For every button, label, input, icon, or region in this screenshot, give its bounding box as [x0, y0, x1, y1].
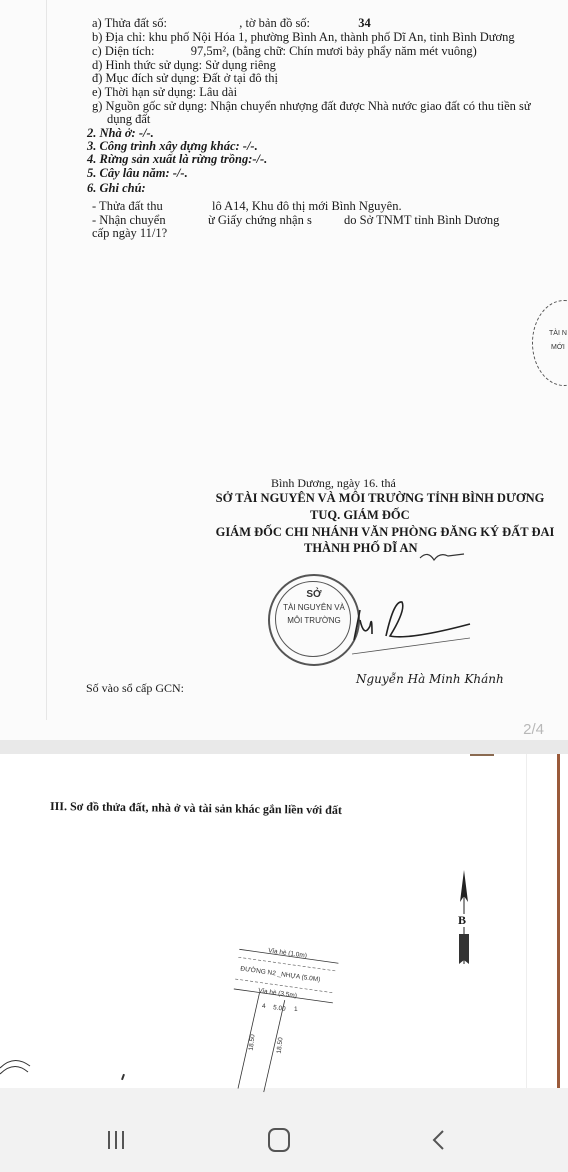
- tuq-director: TUQ. GIÁM ĐỐC: [310, 509, 410, 522]
- note-1-b: lô A14, Khu đô thị mới Bình Nguyên.: [212, 200, 402, 213]
- issuing-org: SỞ TÀI NGUYÊN VÀ MÔI TRƯỜNG TỈNH BÌNH DƯ…: [202, 492, 558, 505]
- recent-apps-icon: [105, 1129, 127, 1151]
- page-edge-mark: [470, 754, 494, 756]
- page-separator: [0, 740, 568, 754]
- official-stamp: SỞ TÀI NGUYÊN VÀ MÔI TRƯỜNG: [268, 574, 360, 666]
- recent-apps-button[interactable]: [86, 1120, 146, 1160]
- corner-right-label: 1: [294, 1006, 298, 1013]
- signer-title: GIÁM ĐỐC CHI NHÁNH VĂN PHÒNG ĐĂNG KÝ ĐẤT…: [212, 526, 558, 539]
- north-label: B: [458, 914, 466, 927]
- note-2-b: ừ Giấy chứng nhận s: [208, 214, 312, 227]
- signature-flourish-icon: [418, 548, 468, 564]
- note-1-a: - Thửa đất thu: [92, 200, 163, 213]
- section-perennial-trees: 5. Cây lâu năm: -/-.: [87, 167, 188, 180]
- signer-city: THÀNH PHỐ DĨ AN: [304, 542, 418, 555]
- place-date: Bình Dương, ngày 16. thá: [271, 477, 396, 490]
- land-use-purpose: đ) Mục đích sử dụng: Đất ở tại đô thị: [92, 72, 278, 85]
- land-area: c) Diện tích: 97,5m², (bằng chữ: Chín mư…: [92, 45, 477, 58]
- land-origin-continued: dụng đất: [107, 113, 150, 126]
- document-page-2: a) Thửa đất số: , tờ bản đồ số: 34 b) Đị…: [0, 0, 568, 740]
- document-page-3: III. Sơ đồ thửa đất, nhà ở và tài sản kh…: [0, 754, 568, 1088]
- side-stamp: TÀI N MỚI: [532, 300, 568, 386]
- land-use-term: e) Thời hạn sử dụng: Lâu dài: [92, 86, 237, 99]
- system-navigation-bar: [0, 1102, 568, 1172]
- side-stamp-text-1: TÀI N: [549, 329, 567, 339]
- page-guide-line: [526, 754, 527, 1088]
- land-parcel-number: a) Thửa đất số: , tờ bản đồ số: 34: [92, 17, 371, 30]
- home-icon: [266, 1127, 292, 1153]
- signature-icon: [350, 590, 480, 670]
- section-notes: 6. Ghi chú:: [87, 182, 146, 195]
- stamp-text-1: SỞ: [270, 590, 358, 600]
- home-button[interactable]: [249, 1120, 309, 1160]
- back-button[interactable]: [409, 1120, 469, 1160]
- corner-stamp-fragment-icon: [0, 1044, 40, 1088]
- page-edge-line: [557, 754, 560, 1088]
- side-stamp-text-2: MỚI: [551, 343, 565, 353]
- note-2-c: do Sở TNMT tỉnh Bình Dương: [344, 214, 499, 227]
- stamp-text-2: TÀI NGUYÊN VÀ: [270, 603, 358, 613]
- stamp-text-3: MÔI TRƯỜNG: [270, 616, 358, 626]
- page-fold-line: [46, 0, 47, 720]
- note-3: cấp ngày 11/1?: [92, 227, 167, 240]
- register-number-label: Số vào sổ cấp GCN:: [86, 682, 184, 695]
- land-address: b) Địa chỉ: khu phố Nội Hóa 1, phường Bì…: [92, 31, 515, 44]
- section-forest: 4. Rừng sản xuất là rừng trồng:-/-.: [87, 153, 267, 166]
- back-icon: [429, 1128, 449, 1152]
- corner-left-label: 4: [262, 1003, 266, 1010]
- signer-name: Nguyễn Hà Minh Khánh: [356, 672, 504, 686]
- section-diagram-heading: III. Sơ đồ thửa đất, nhà ở và tài sản kh…: [50, 800, 342, 817]
- page-indicator: 2/4: [523, 721, 544, 738]
- land-origin: g) Nguồn gốc sử dụng: Nhận chuyển nhượng…: [92, 100, 531, 113]
- stray-mark: [121, 1074, 125, 1080]
